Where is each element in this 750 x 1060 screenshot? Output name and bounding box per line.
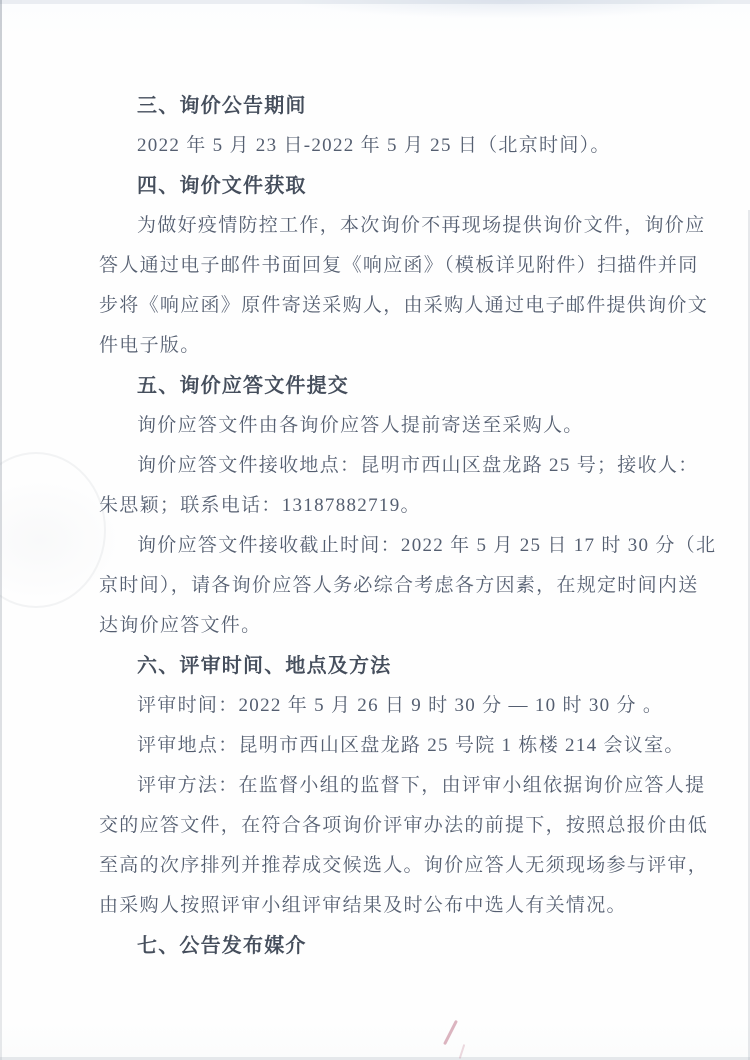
section-heading-6: 六、评审时间、地点及方法 xyxy=(99,646,661,686)
paragraph-line: 朱思颖；联系电话：13187882719。 xyxy=(99,486,661,526)
paragraph-line: 件电子版。 xyxy=(99,326,661,366)
section-heading-3: 三、询价公告期间 xyxy=(99,86,661,126)
paragraph-line: 询价应答文件由各询价应答人提前寄送至采购人。 xyxy=(99,406,661,446)
paragraph-line: 步将《响应函》原件寄送采购人，由采购人通过电子邮件提供询价文 xyxy=(99,286,661,326)
document-page: 三、询价公告期间 2022 年 5 月 23 日-2022 年 5 月 25 日… xyxy=(0,0,750,1060)
red-stamp-mark xyxy=(443,1020,458,1045)
paragraph-line: 由采购人按照评审小组评审结果及时公布中选人有关情况。 xyxy=(99,886,661,926)
paragraph-line: 2022 年 5 月 23 日-2022 年 5 月 25 日（北京时间）。 xyxy=(99,126,661,166)
stamp-ghost-watermark xyxy=(0,452,106,608)
paragraph-line: 达询价应答文件。 xyxy=(99,606,661,646)
paragraph-line: 评审方法：在监督小组的监督下，由评审小组依据询价应答人提 xyxy=(99,766,661,806)
document-content: 三、询价公告期间 2022 年 5 月 23 日-2022 年 5 月 25 日… xyxy=(99,86,661,966)
paragraph-line: 答人通过电子邮件书面回复《响应函》（模板详见附件）扫描件并同 xyxy=(99,246,661,286)
paragraph-line: 评审地点：昆明市西山区盘龙路 25 号院 1 栋楼 214 会议室。 xyxy=(99,726,661,766)
paragraph-line: 交的应答文件，在符合各项询价评审办法的前提下，按照总报价由低 xyxy=(99,806,661,846)
paragraph-line: 询价应答文件接收地点：昆明市西山区盘龙路 25 号；接收人： xyxy=(99,446,661,486)
section-heading-4: 四、询价文件获取 xyxy=(99,166,661,206)
paragraph-line: 为做好疫情防控工作，本次询价不再现场提供询价文件，询价应 xyxy=(99,206,661,246)
section-heading-5: 五、询价应答文件提交 xyxy=(99,366,661,406)
paragraph-line: 询价应答文件接收截止时间：2022 年 5 月 25 日 17 时 30 分（北 xyxy=(99,526,661,566)
paragraph-line: 京时间），请各询价应答人务必综合考虑各方因素，在规定时间内送 xyxy=(99,566,661,606)
paragraph-line: 评审时间：2022 年 5 月 26 日 9 时 30 分 — 10 时 30 … xyxy=(99,686,661,726)
section-heading-7: 七、公告发布媒介 xyxy=(99,926,661,966)
paragraph-line: 至高的次序排列并推荐成交候选人。询价应答人无须现场参与评审， xyxy=(99,846,661,886)
scan-edge-top xyxy=(0,0,750,4)
